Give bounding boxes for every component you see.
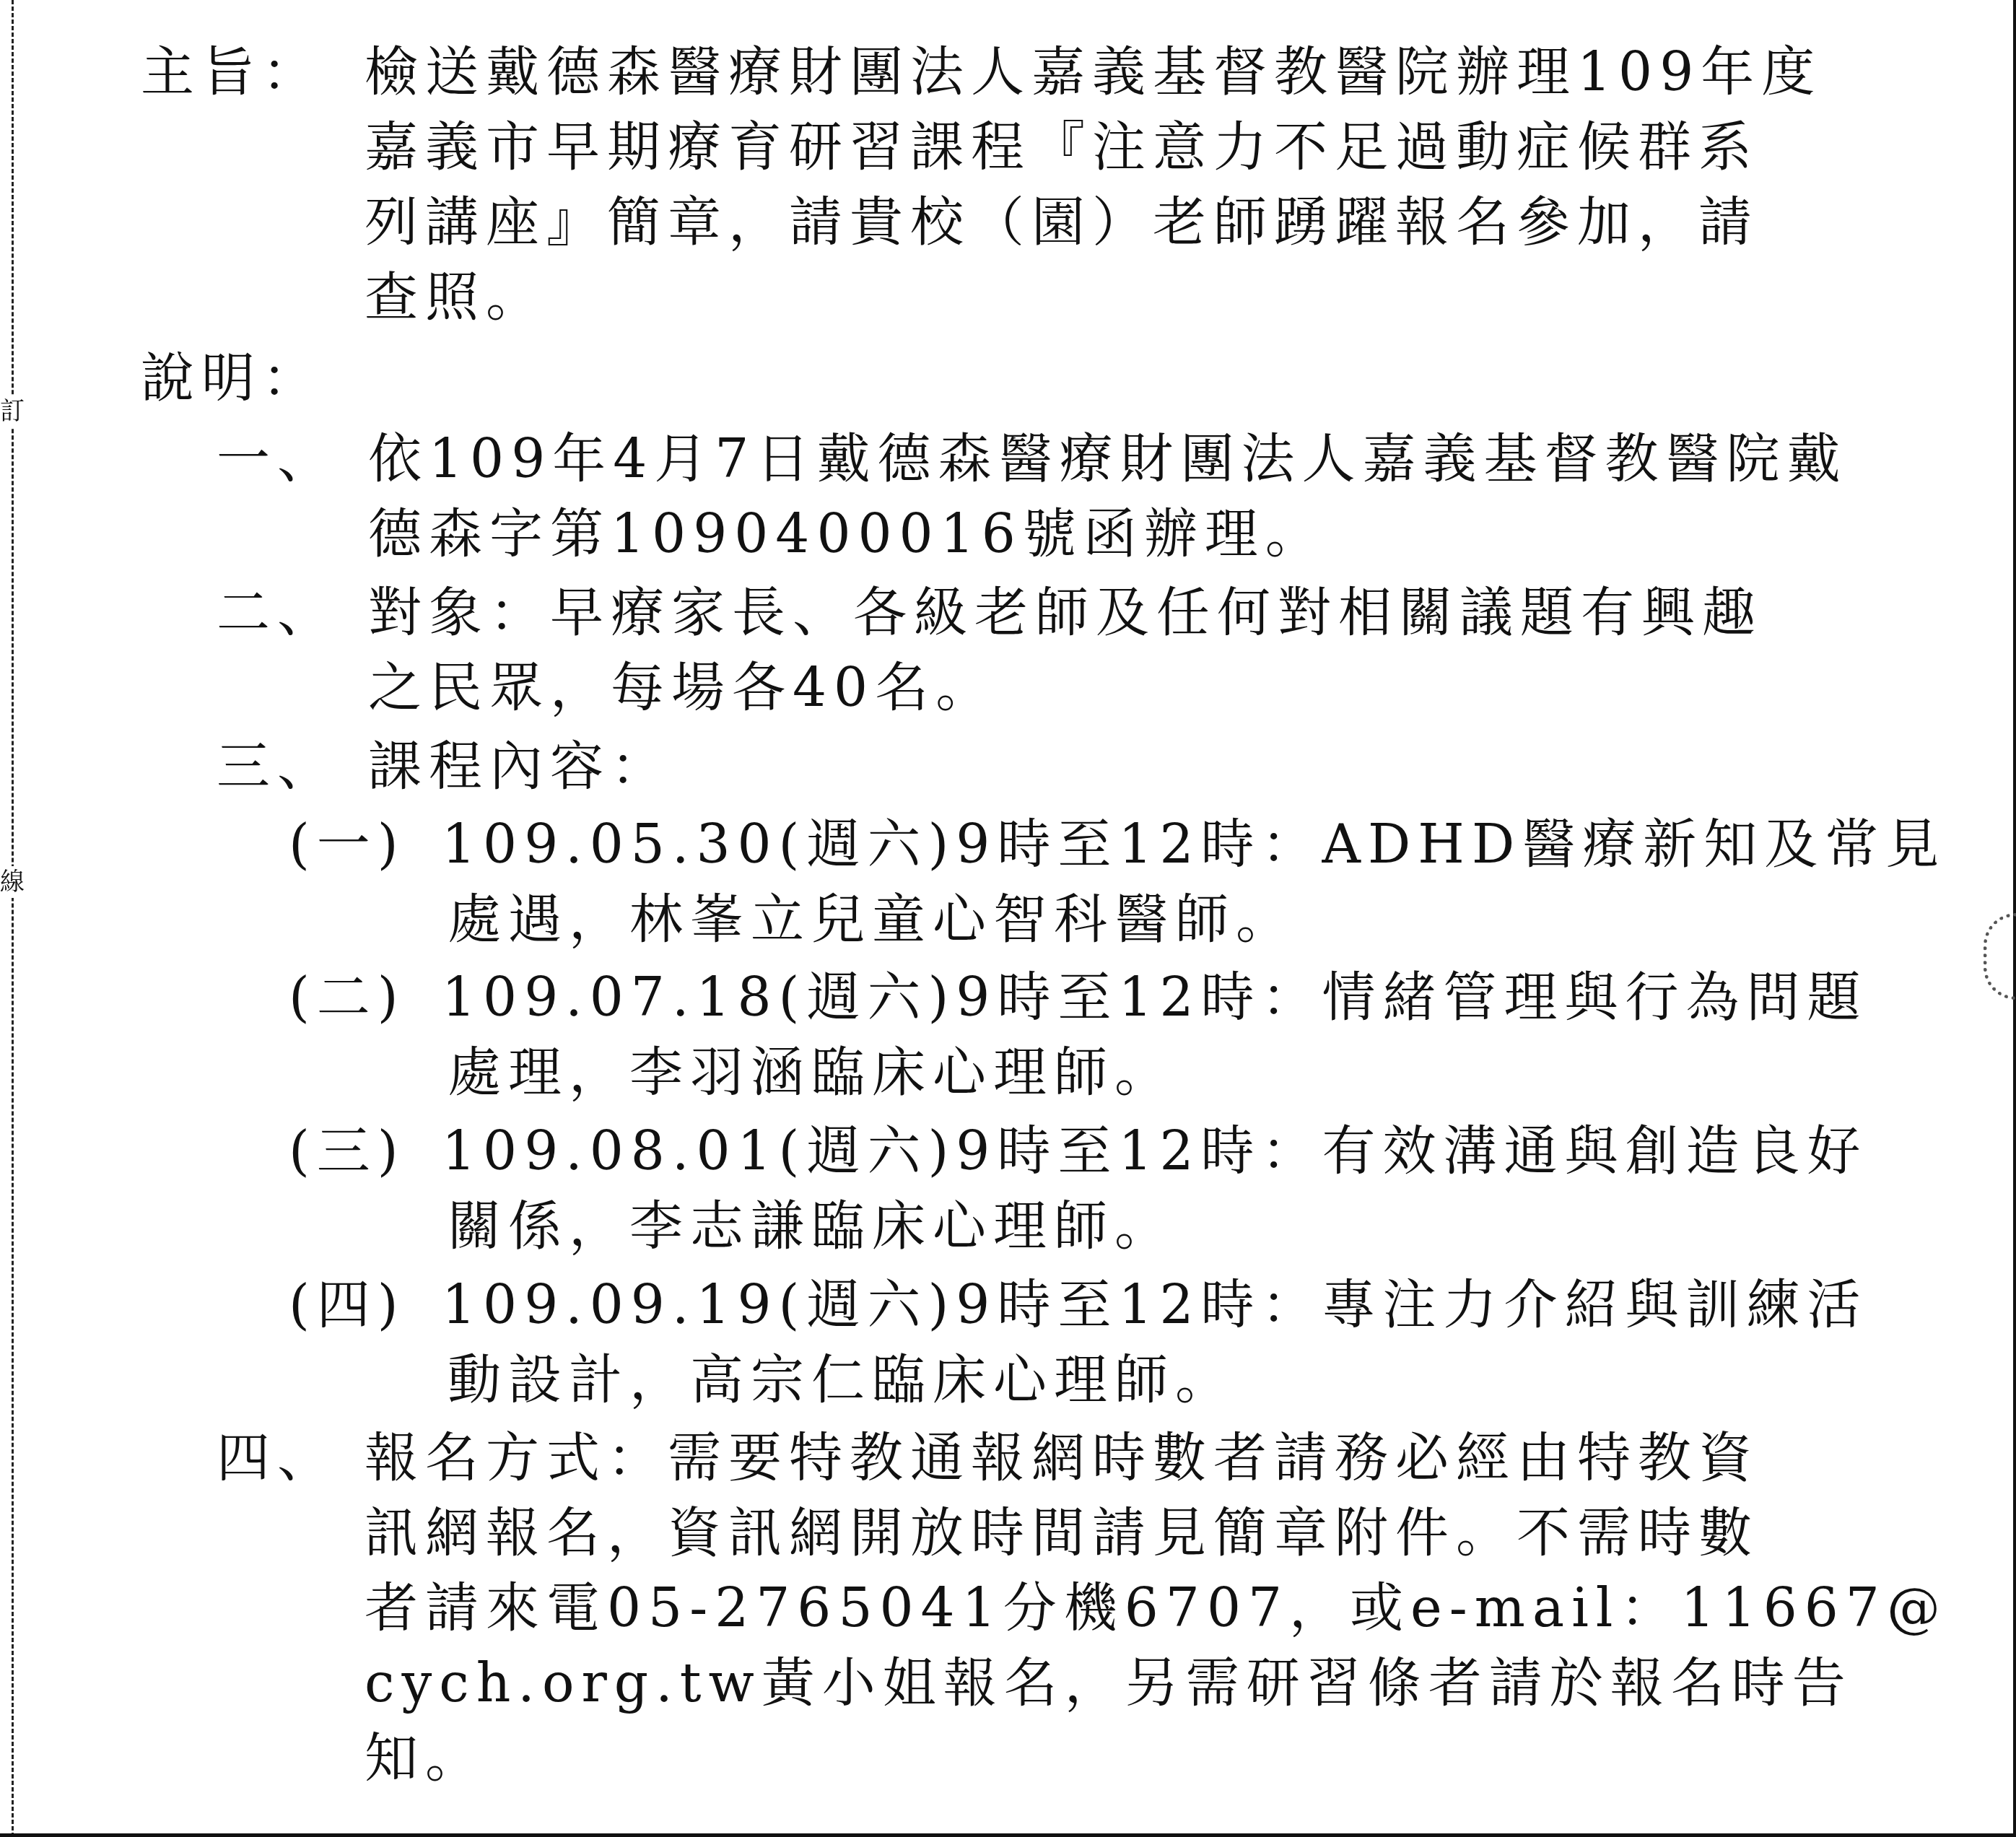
session-number: (一) bbox=[289, 807, 406, 882]
session-3: 109.08.01(週六)9時至12時：有效溝通與創造良好 關係，李志謙臨床心理… bbox=[442, 1114, 1868, 1264]
subject-line: 查照。 bbox=[365, 260, 1822, 335]
item-number: 三、 bbox=[217, 729, 338, 804]
item-1-text: 依109年4月7日戴德森醫療財團法人嘉義基督教醫院戴 德森字第109040001… bbox=[368, 422, 1847, 572]
item-line: 德森字第1090400016號函辦理。 bbox=[368, 497, 1847, 572]
session-number: (二) bbox=[289, 960, 406, 1035]
explanation-label: 說明： bbox=[141, 341, 323, 416]
session-number: (三) bbox=[289, 1114, 406, 1189]
session-line: 109.05.30(週六)9時至12時：ADHD醫療新知及常見 bbox=[442, 807, 1946, 882]
session-line: 109.09.19(週六)9時至12時：專注力介紹與訓練活 bbox=[442, 1267, 1868, 1343]
session-line: 處遇，林峯立兒童心智科醫師。 bbox=[442, 882, 1946, 957]
item-line: 對象：早療家長、各級老師及任何對相關議題有興趣 bbox=[368, 575, 1763, 650]
session-line: 動設計，高宗仁臨床心理師。 bbox=[442, 1343, 1868, 1418]
subject-text: 檢送戴德森醫療財團法人嘉義基督教醫院辦理109年度 嘉義市早期療育研習課程『注意… bbox=[365, 35, 1822, 335]
item-line: 報名方式：需要特教通報網時數者請務必經由特教資 bbox=[365, 1421, 1947, 1496]
item-line: 之民眾，每場各40名。 bbox=[368, 650, 1763, 725]
binding-label-xian: 線 bbox=[0, 866, 25, 898]
bottom-border bbox=[0, 1833, 2016, 1837]
item-number: 二、 bbox=[217, 575, 338, 650]
item-line: 依109年4月7日戴德森醫療財團法人嘉義基督教醫院戴 bbox=[368, 422, 1847, 497]
binding-label-ding: 訂 bbox=[0, 396, 25, 427]
session-2: 109.07.18(週六)9時至12時：情緒管理與行為問題 處理，李羽涵臨床心理… bbox=[442, 960, 1868, 1110]
session-line: 處理，李羽涵臨床心理師。 bbox=[442, 1035, 1868, 1110]
item-number: 四、 bbox=[217, 1421, 338, 1496]
item-4-text: 報名方式：需要特教通報網時數者請務必經由特教資 訊網報名，資訊網開放時間請見簡章… bbox=[365, 1421, 1947, 1796]
session-4: 109.09.19(週六)9時至12時：專注力介紹與訓練活 動設計，高宗仁臨床心… bbox=[442, 1267, 1868, 1418]
subject-line: 嘉義市早期療育研習課程『注意力不足過動症候群系 bbox=[365, 110, 1822, 185]
item-line: 課程內容： bbox=[368, 729, 671, 804]
subject-line: 列講座』簡章，請貴校（園）老師踴躍報名參加，請 bbox=[365, 185, 1822, 260]
item-2-text: 對象：早療家長、各級老師及任何對相關議題有興趣 之民眾，每場各40名。 bbox=[368, 575, 1763, 725]
session-number: (四) bbox=[289, 1267, 406, 1343]
session-line: 109.07.18(週六)9時至12時：情緒管理與行為問題 bbox=[442, 960, 1868, 1035]
subject-label: 主旨： bbox=[141, 35, 323, 110]
session-line: 關係，李志謙臨床心理師。 bbox=[442, 1189, 1868, 1264]
item-line: 知。 bbox=[365, 1721, 1947, 1796]
subject-line: 檢送戴德森醫療財團法人嘉義基督教醫院辦理109年度 bbox=[365, 35, 1822, 110]
binding-dashed-line bbox=[12, 0, 14, 1837]
session-line: 109.08.01(週六)9時至12時：有效溝通與創造良好 bbox=[442, 1114, 1868, 1189]
item-3-text: 課程內容： bbox=[368, 729, 671, 804]
item-number: 一、 bbox=[217, 422, 338, 497]
item-line: cych.org.tw黃小姐報名，另需研習條者請於報名時告 bbox=[365, 1646, 1947, 1721]
session-1: 109.05.30(週六)9時至12時：ADHD醫療新知及常見 處遇，林峯立兒童… bbox=[442, 807, 1946, 957]
item-line: 者請來電05-2765041分機6707，或e-mail：11667@ bbox=[365, 1571, 1947, 1646]
seal-stamp-mark bbox=[1984, 913, 2016, 1000]
item-line: 訊網報名，資訊網開放時間請見簡章附件。不需時數 bbox=[365, 1496, 1947, 1571]
